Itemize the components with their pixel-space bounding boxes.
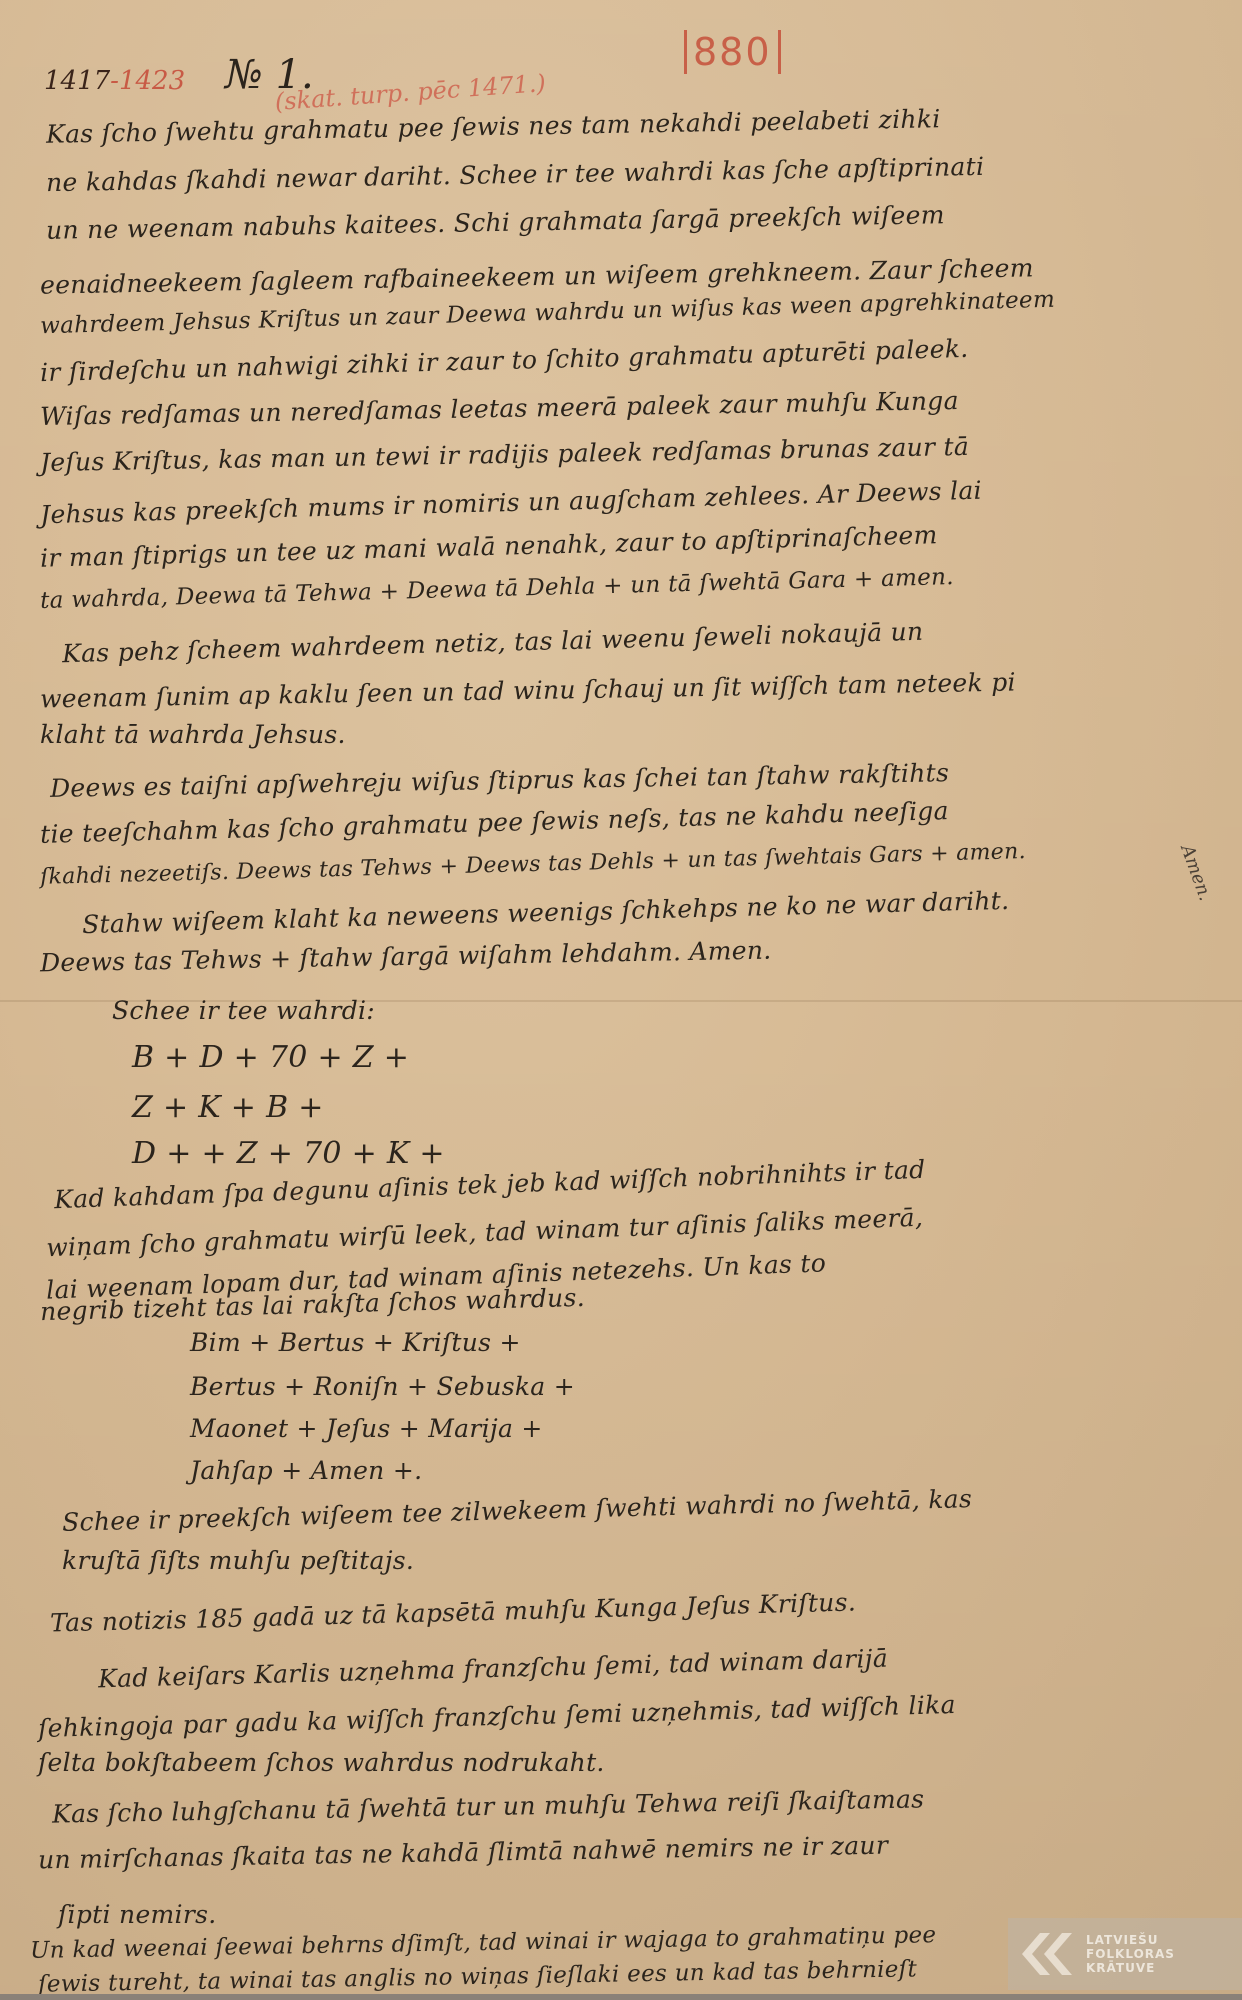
text-line: ir man ſtiprigs un tee uz mani walā nena…: [40, 520, 938, 572]
names-line: Maonet + Jeſus + Marija +: [190, 1414, 543, 1443]
text-line: Kas ſcho luhgſchanu tā ſwehtā tur un muh…: [52, 1784, 925, 1828]
text-line: Stahw wiſeem klaht ka neweens weenigs ſc…: [82, 886, 1010, 939]
text-line: ne kahdas ſkahdi newar dariht. Schee ir …: [46, 152, 985, 197]
watermark-line: FOLKLORAS: [1086, 1947, 1175, 1961]
watermark-line: LATVIEŠU: [1086, 1933, 1175, 1947]
text-line: ta wahrda, Deewa tā Tehwa + Deewa tā Deh…: [40, 564, 954, 614]
text-line: ſewis tureht, ta winai tas anglis no wiņ…: [38, 1956, 917, 1997]
margin-note-amen: Amen.: [1176, 842, 1216, 904]
text-line: klaht tā wahrda Jehsus.: [40, 720, 346, 749]
text-line: ſelta bokſtabeem ſchos wahrdus nodrukaht…: [38, 1748, 605, 1777]
text-line: Schee ir preekſch wiſeem tee zilwekeem ſ…: [62, 1484, 973, 1537]
cross-reference-note: (skat. turp. pēc 1471.): [274, 69, 547, 116]
cipher-line: D + + Z + 70 + K +: [132, 1136, 445, 1171]
cipher-line: Z + K + B +: [132, 1090, 324, 1125]
names-line: Bim + Bertus + Kriſtus +: [190, 1328, 521, 1357]
manuscript-page: 880 1417-1423 № 1. (skat. turp. pēc 1471…: [0, 0, 1242, 2000]
text-line: ir ſirdeſchu un nahwigi zihki ir zaur to…: [40, 334, 969, 387]
text-line: Kas pehz ſcheem wahrdeem netiz, tas lai …: [62, 617, 924, 669]
watermark-text: LATVIEŠU FOLKLORAS KRĀTUVE: [1086, 1933, 1175, 1975]
names-line: Bertus + Roniſn + Sebuska +: [190, 1372, 575, 1401]
text-line: kruſtā ſiſts muhſu peſtitajs.: [62, 1546, 414, 1575]
text-line: weenam ſunim ap kaklu ſeen un tad winu ſ…: [40, 667, 1016, 713]
text-line: tie teeſchahm kas ſcho grahmatu pee ſewi…: [40, 796, 949, 849]
year-range: 1417-1423: [44, 66, 185, 96]
text-line: un mirſchanas ſkaita tas ne kahdā ſlimtā…: [38, 1831, 888, 1875]
text-line: ſkahdi nezeetiſs. Deews tas Tehws + Deew…: [40, 839, 1026, 890]
text-line: Deews tas Tehws + ſtahw ſargā wiſahm leh…: [40, 936, 772, 978]
watermark-line: KRĀTUVE: [1086, 1961, 1175, 1975]
year-start: 1417: [44, 66, 110, 96]
text-line: Kas ſcho ſwehtu grahmatu pee ſewis nes t…: [46, 104, 941, 149]
cipher-intro: Schee ir tee wahrdi:: [112, 996, 375, 1025]
cipher-line: B + D + 70 + Z +: [132, 1040, 409, 1075]
year-end: -1423: [110, 66, 185, 96]
text-line: Wiſas redſamas un neredſamas leetas meer…: [40, 386, 959, 431]
text-line: Jeſus Kriſtus, kas man un tewi ir radiji…: [40, 432, 970, 477]
text-line: Deews es taiſni apſwehreju wiſus ſtiprus…: [50, 758, 949, 803]
names-line: Jahſap + Amen +.: [190, 1456, 422, 1485]
text-line: ſehkingoja par gadu ka wiſſch franzſchu …: [38, 1690, 956, 1743]
archive-logo-icon: [1018, 1929, 1076, 1979]
text-line: Kad keiſars Karlis uzņehma franzſchu ſem…: [98, 1644, 889, 1694]
text-line: un ne weenam nabuhs kaitees. Schi grahma…: [46, 200, 945, 245]
text-line: ſipti nemirs.: [58, 1900, 216, 1929]
scan-bottom-edge: [0, 1994, 1242, 2000]
text-line: Tas notizis 185 gadā uz tā kapsētā muhſu…: [50, 1587, 857, 1637]
archive-watermark: LATVIEŠU FOLKLORAS KRĀTUVE: [1008, 1918, 1242, 1990]
archive-stamp-number: 880: [684, 30, 781, 74]
text-line: Jehsus kas preekſch mums ir nomiris un a…: [40, 476, 982, 530]
